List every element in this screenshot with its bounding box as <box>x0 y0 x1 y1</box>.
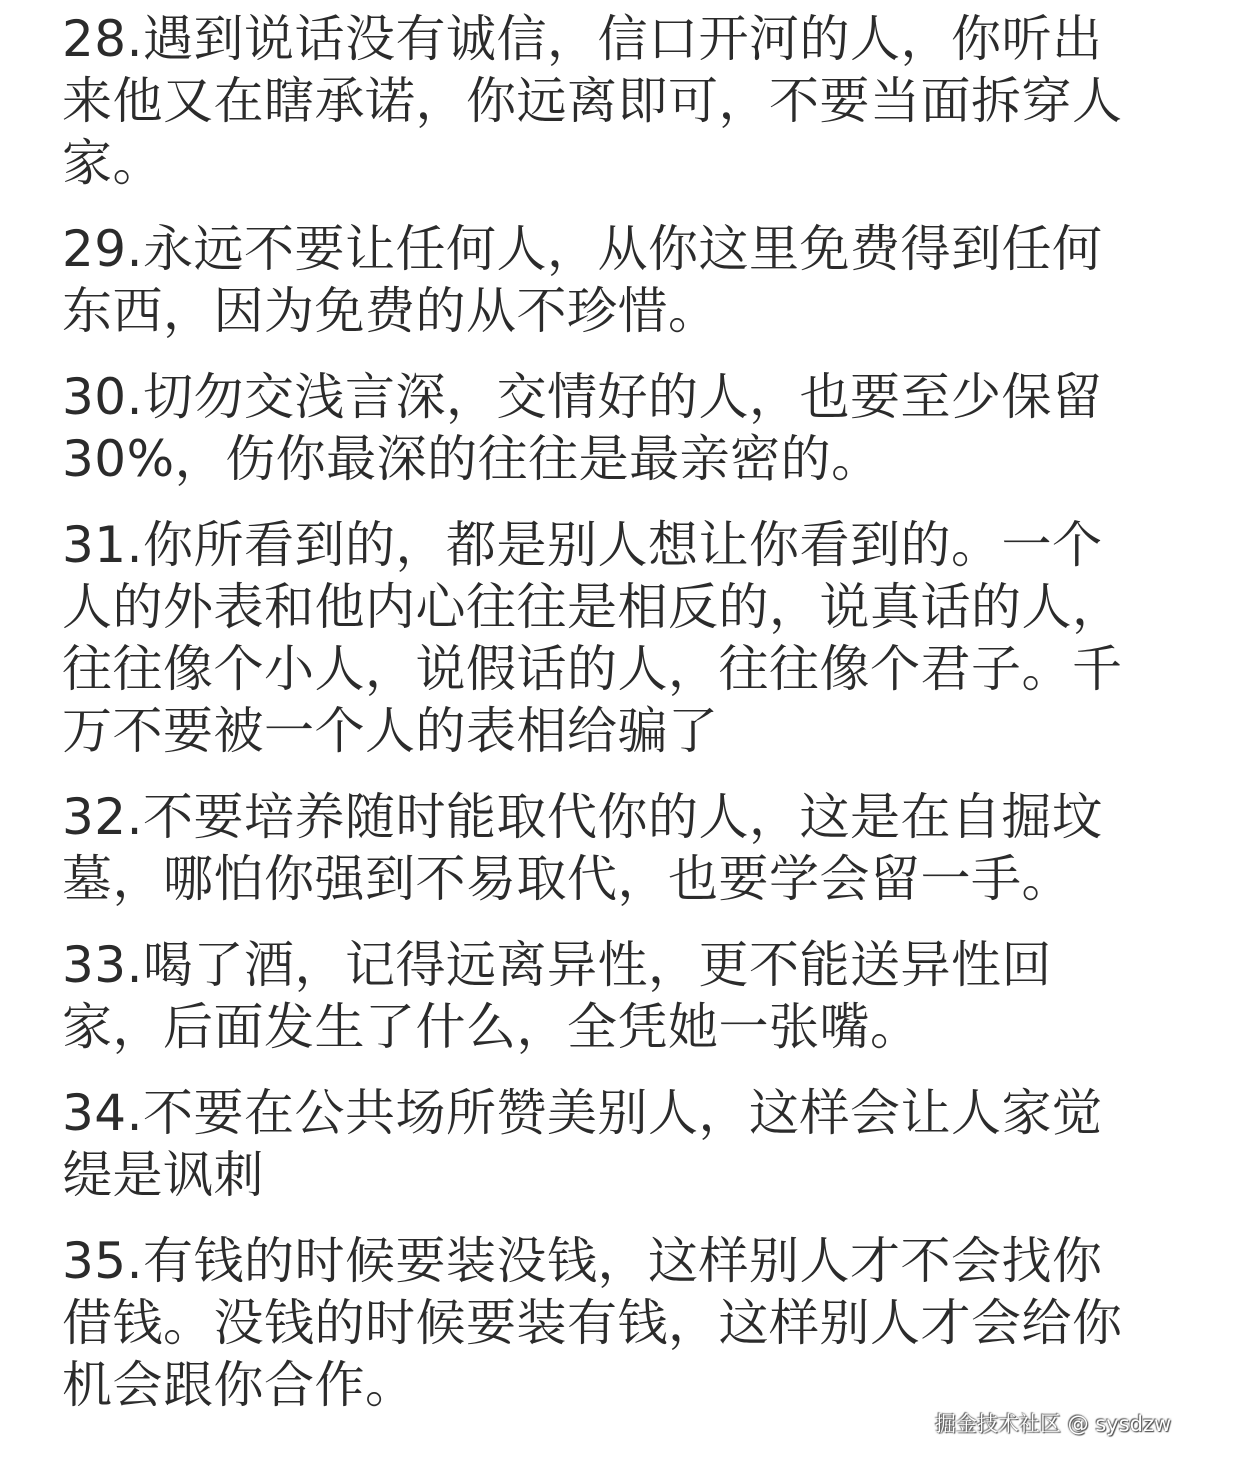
text-line: 家，后面发生了什么，全凭她一张嘴。 <box>62 996 1192 1058</box>
text-line: 万不要被一个人的表相给骗了 <box>62 700 1192 762</box>
text-line: 机会跟你合作。 <box>62 1354 1192 1416</box>
text-line: 借钱。没钱的时候要装有钱，这样别人才会给你 <box>62 1292 1192 1354</box>
list-item-31: 31.你所看到的，都是别人想让你看到的。一个 人的外表和他内心往往是相反的，说真… <box>62 514 1192 762</box>
text-line: 人的外表和他内心往往是相反的，说真话的人， <box>62 576 1192 638</box>
document-body: 28.遇到说话没有诚信，信口开河的人，你听出 来他又在瞎承诺，你远离即可，不要当… <box>62 8 1192 1440</box>
text-line: 家。 <box>62 132 1192 194</box>
text-line: 31.你所看到的，都是别人想让你看到的。一个 <box>62 514 1192 576</box>
text-line: 往往像个小人，说假话的人，往往像个君子。千 <box>62 638 1192 700</box>
watermark: 掘金技术社区 @ sysdzw <box>935 1408 1171 1438</box>
text-line: 34.不要在公共场所赞美别人，这样会让人家觉 <box>62 1082 1192 1144</box>
text-line: 30%，伤你最深的往往是最亲密的。 <box>62 428 1192 490</box>
list-item-33: 33.喝了酒，记得远离异性，更不能送异性回 家，后面发生了什么，全凭她一张嘴。 <box>62 934 1192 1058</box>
text-line: 30.切勿交浅言深，交情好的人，也要至少保留 <box>62 366 1192 428</box>
text-line: 32.不要培养随时能取代你的人，这是在自掘坟 <box>62 786 1192 848</box>
text-line: 35.有钱的时候要装没钱，这样别人才不会找你 <box>62 1230 1192 1292</box>
list-item-28: 28.遇到说话没有诚信，信口开河的人，你听出 来他又在瞎承诺，你远离即可，不要当… <box>62 8 1192 194</box>
text-line: 33.喝了酒，记得远离异性，更不能送异性回 <box>62 934 1192 996</box>
list-item-29: 29.永远不要让任何人，从你这里免费得到任何 东西，因为免费的从不珍惜。 <box>62 218 1192 342</box>
list-item-32: 32.不要培养随时能取代你的人，这是在自掘坟 墓，哪怕你强到不易取代，也要学会留… <box>62 786 1192 910</box>
text-line: 来他又在瞎承诺，你远离即可，不要当面拆穿人 <box>62 70 1192 132</box>
text-line: 29.永远不要让任何人，从你这里免费得到任何 <box>62 218 1192 280</box>
text-line: 缇是讽刺 <box>62 1144 1192 1206</box>
list-item-35: 35.有钱的时候要装没钱，这样别人才不会找你 借钱。没钱的时候要装有钱，这样别人… <box>62 1230 1192 1416</box>
list-item-34: 34.不要在公共场所赞美别人，这样会让人家觉 缇是讽刺 <box>62 1082 1192 1206</box>
text-line: 墓，哪怕你强到不易取代，也要学会留一手。 <box>62 848 1192 910</box>
text-line: 28.遇到说话没有诚信，信口开河的人，你听出 <box>62 8 1192 70</box>
text-line: 东西，因为免费的从不珍惜。 <box>62 280 1192 342</box>
list-item-30: 30.切勿交浅言深，交情好的人，也要至少保留 30%，伤你最深的往往是最亲密的。 <box>62 366 1192 490</box>
